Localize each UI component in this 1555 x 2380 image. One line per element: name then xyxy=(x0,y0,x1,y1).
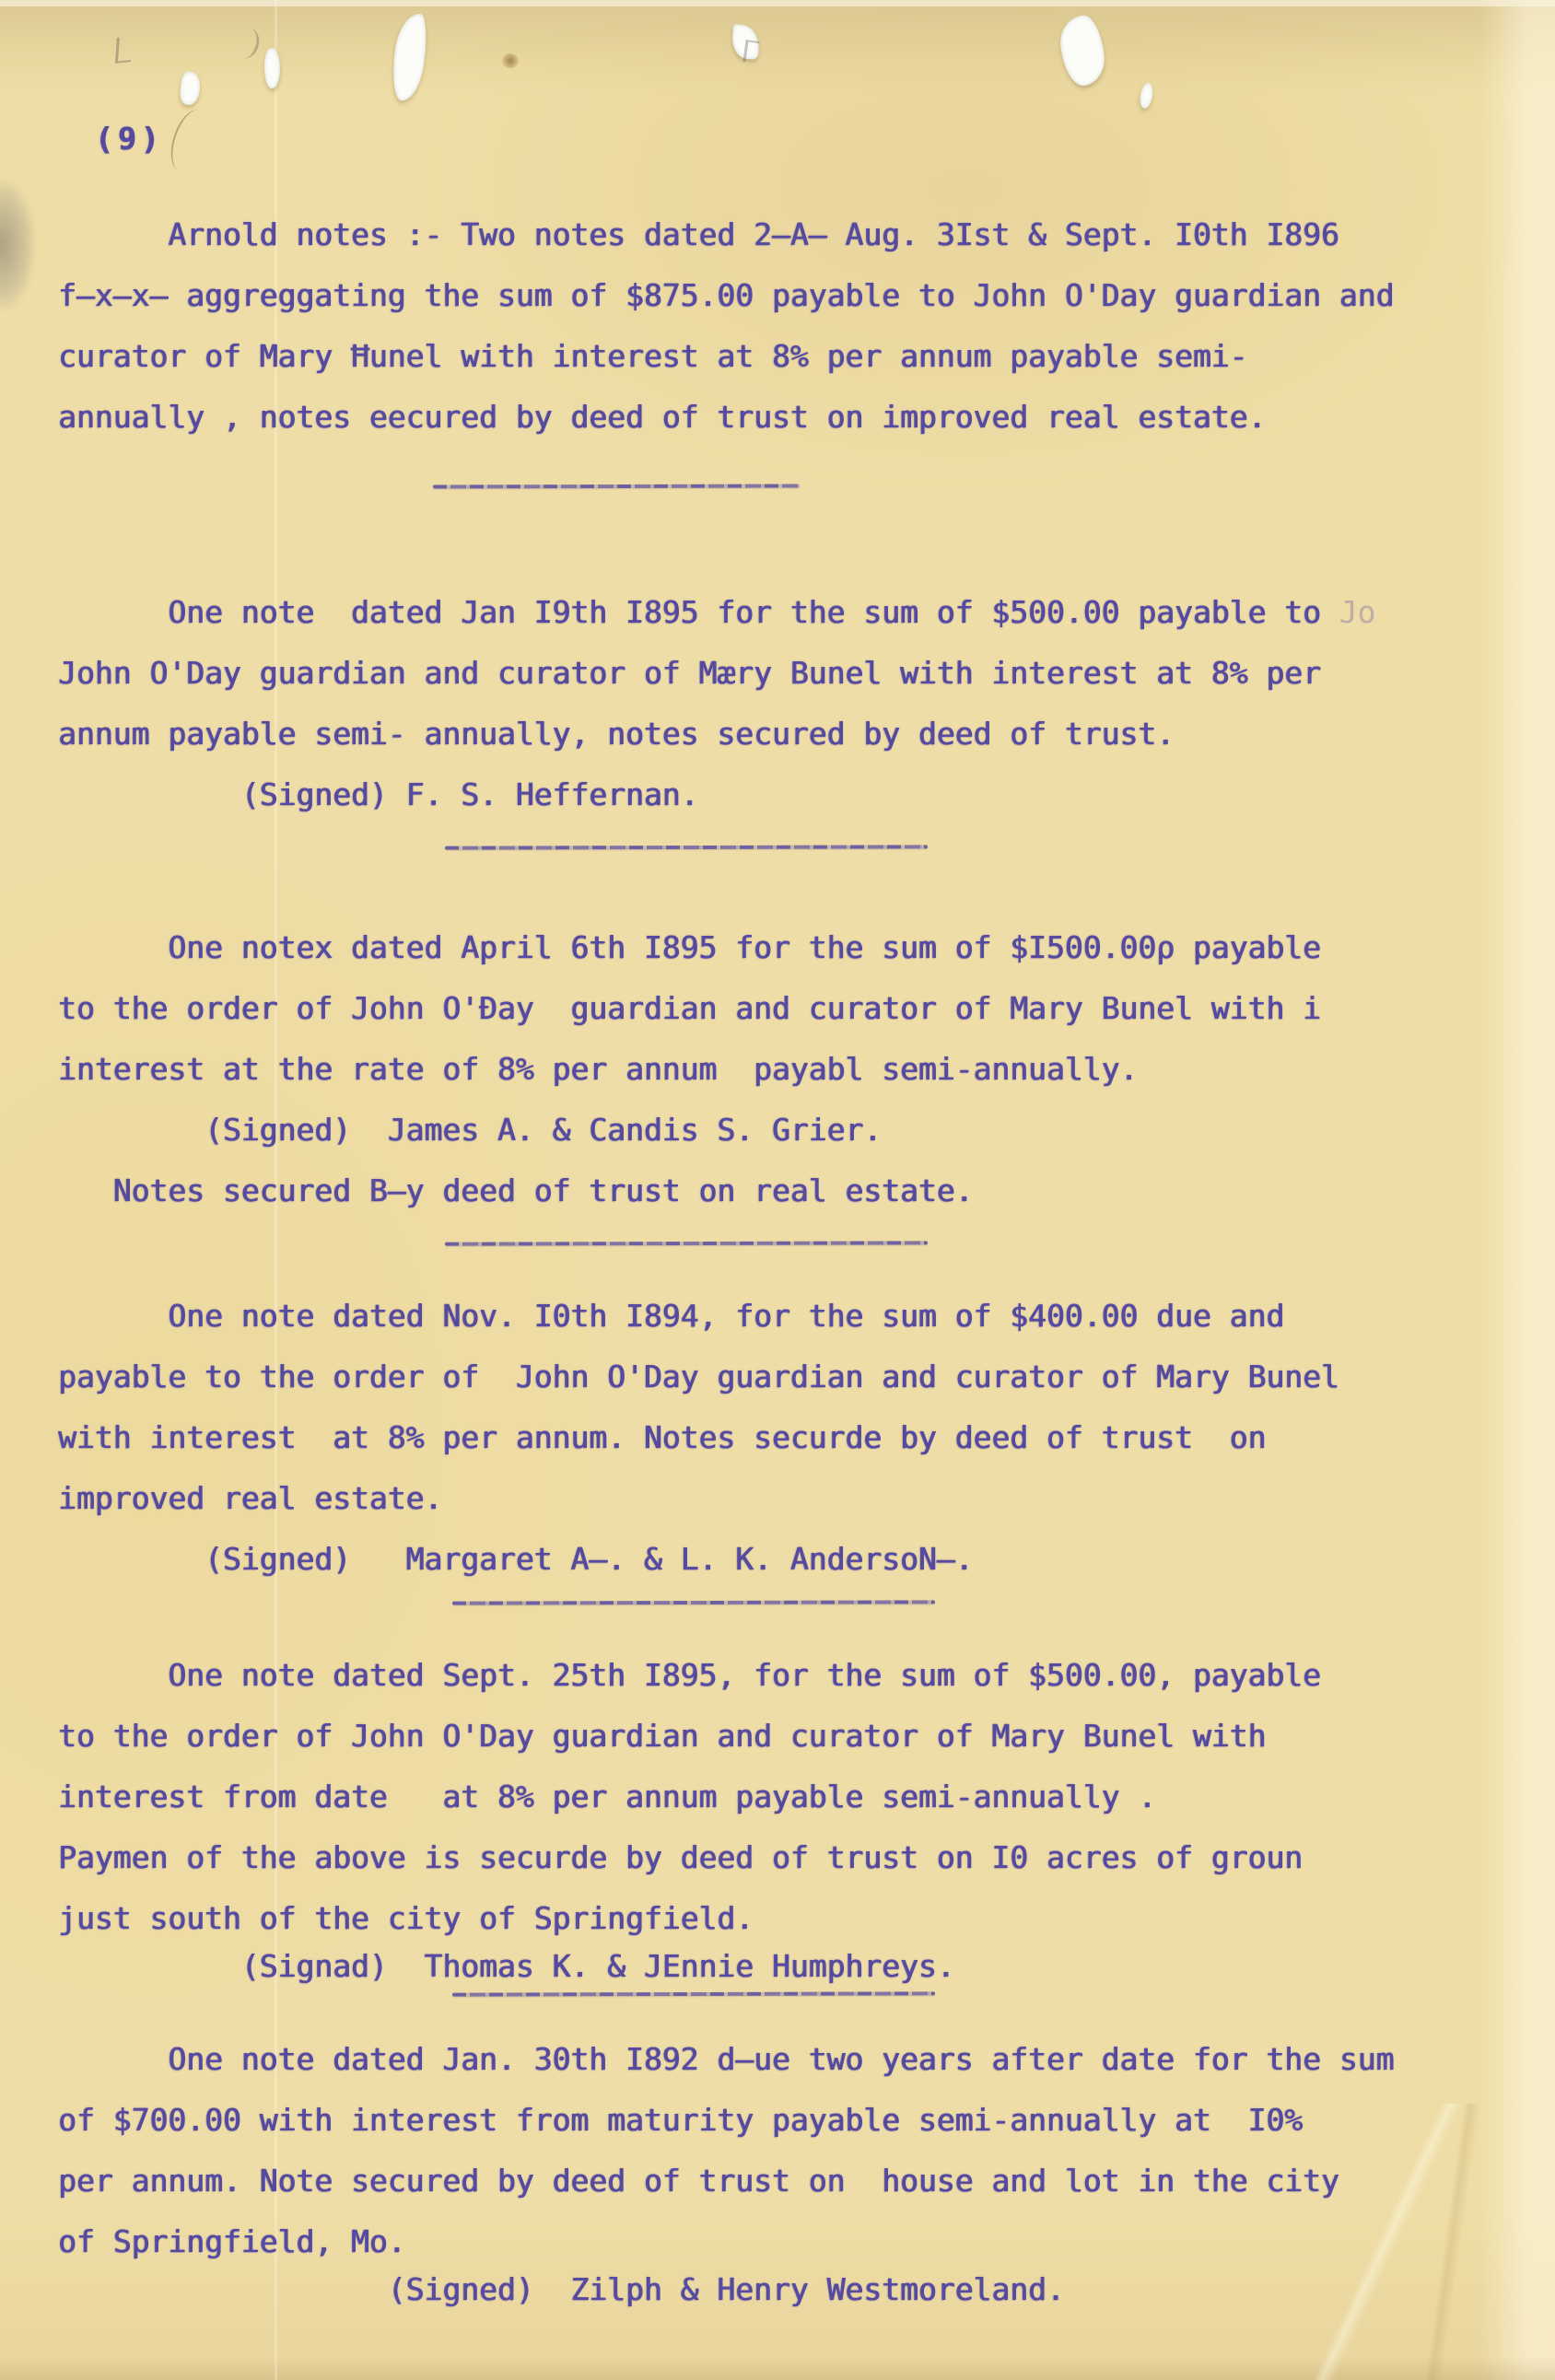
section-divider xyxy=(445,1241,928,1245)
text-line: One note dated Nov. I0th I894, for the s… xyxy=(58,1286,1518,1347)
text-line: annum payable semi- annually, notes secu… xyxy=(58,704,1518,764)
signature-line: (Signad) Thomas K. & JEnnie Humphreys. xyxy=(58,1949,1518,1983)
ghost-text: Jo xyxy=(1339,594,1376,630)
text-line: interest at the rate of 8% per annum pay… xyxy=(58,1039,1518,1100)
text-line: payable to the order of John O'Day guard… xyxy=(58,1347,1518,1407)
text-line: One note dated Sept. 25th I895, for the … xyxy=(58,1645,1518,1706)
text-line: Arnold notes :- Two notes dated 2̶A̶ Aug… xyxy=(58,204,1518,265)
text-line: Notes secured B̶y deed of trust on real … xyxy=(58,1161,1518,1221)
text-line: annually , notes eecured by deed of trus… xyxy=(58,387,1518,448)
text-line: f̶x̶x̶ aggreggating the sum of $875.00 p… xyxy=(58,265,1518,326)
text-line: with interest at 8% per annum. Notes sec… xyxy=(58,1407,1518,1468)
text-line: interest from date at 8% per annum payab… xyxy=(58,1767,1518,1827)
text-line: One note dated Jan I9th I895 for the sum… xyxy=(58,582,1518,643)
note-paragraph-arnold: Arnold notes :- Two notes dated 2̶A̶ Aug… xyxy=(58,204,1518,448)
text-line: of Springfield, Mo. xyxy=(58,2211,1518,2272)
text-line: to the order of John O'Day guardian and … xyxy=(58,1706,1518,1767)
page-number: (9) xyxy=(95,118,1518,160)
signature-line: (Signed) James A. & Candis S. Grier. xyxy=(58,1100,1518,1161)
section-divider xyxy=(452,1600,935,1604)
text-line: per annum. Note secured by deed of trust… xyxy=(58,2151,1518,2211)
note-paragraph-humphreys: One note dated Sept. 25th I895, for the … xyxy=(58,1645,1518,1983)
text-run: One note dated Jan I9th I895 for the sum… xyxy=(58,594,1339,630)
signature-line: (Signed) Margaret A̶. & L. K. AndersoN̶. xyxy=(58,1529,1518,1590)
note-paragraph-grier: One notex dated April 6th I895 for the s… xyxy=(58,917,1518,1221)
note-paragraph-anderson: One note dated Nov. I0th I894, for the s… xyxy=(58,1286,1518,1590)
note-paragraph-heffernan: One note dated Jan I9th I895 for the sum… xyxy=(58,582,1518,825)
note-paragraph-westmoreland: One note dated Jan. 30th I892 d̶ue two y… xyxy=(58,2029,1518,2306)
text-line: of $700.00 with interest from maturity p… xyxy=(58,2090,1518,2151)
text-line: John O'Day guardian and curator of Mæry … xyxy=(58,643,1518,704)
typed-content: (9) Arnold notes :- Two notes dated 2̶A̶… xyxy=(0,0,1555,2306)
text-line: Paymen of the above is securde by deed o… xyxy=(58,1827,1518,1888)
text-line: just south of the city of Springfield. xyxy=(58,1888,1518,1949)
text-line: One note dated Jan. 30th I892 d̶ue two y… xyxy=(58,2029,1518,2090)
text-line: improved real estate. xyxy=(58,1468,1518,1529)
section-divider xyxy=(452,1991,935,1996)
section-divider xyxy=(445,845,928,849)
section-divider xyxy=(433,484,800,488)
text-line: One notex dated April 6th I895 for the s… xyxy=(58,917,1518,978)
signature-line: (Signed) Zilph & Henry Westmoreland. xyxy=(58,2272,1518,2306)
text-line: curator of Mary Ħunel with interest at 8… xyxy=(58,326,1518,387)
signature-line: (Signed) F. S. Heffernan. xyxy=(58,764,1518,825)
text-line: to the order of John O'Ðay guardian and … xyxy=(58,978,1518,1039)
document-page: (9) Arnold notes :- Two notes dated 2̶A̶… xyxy=(0,0,1555,2380)
